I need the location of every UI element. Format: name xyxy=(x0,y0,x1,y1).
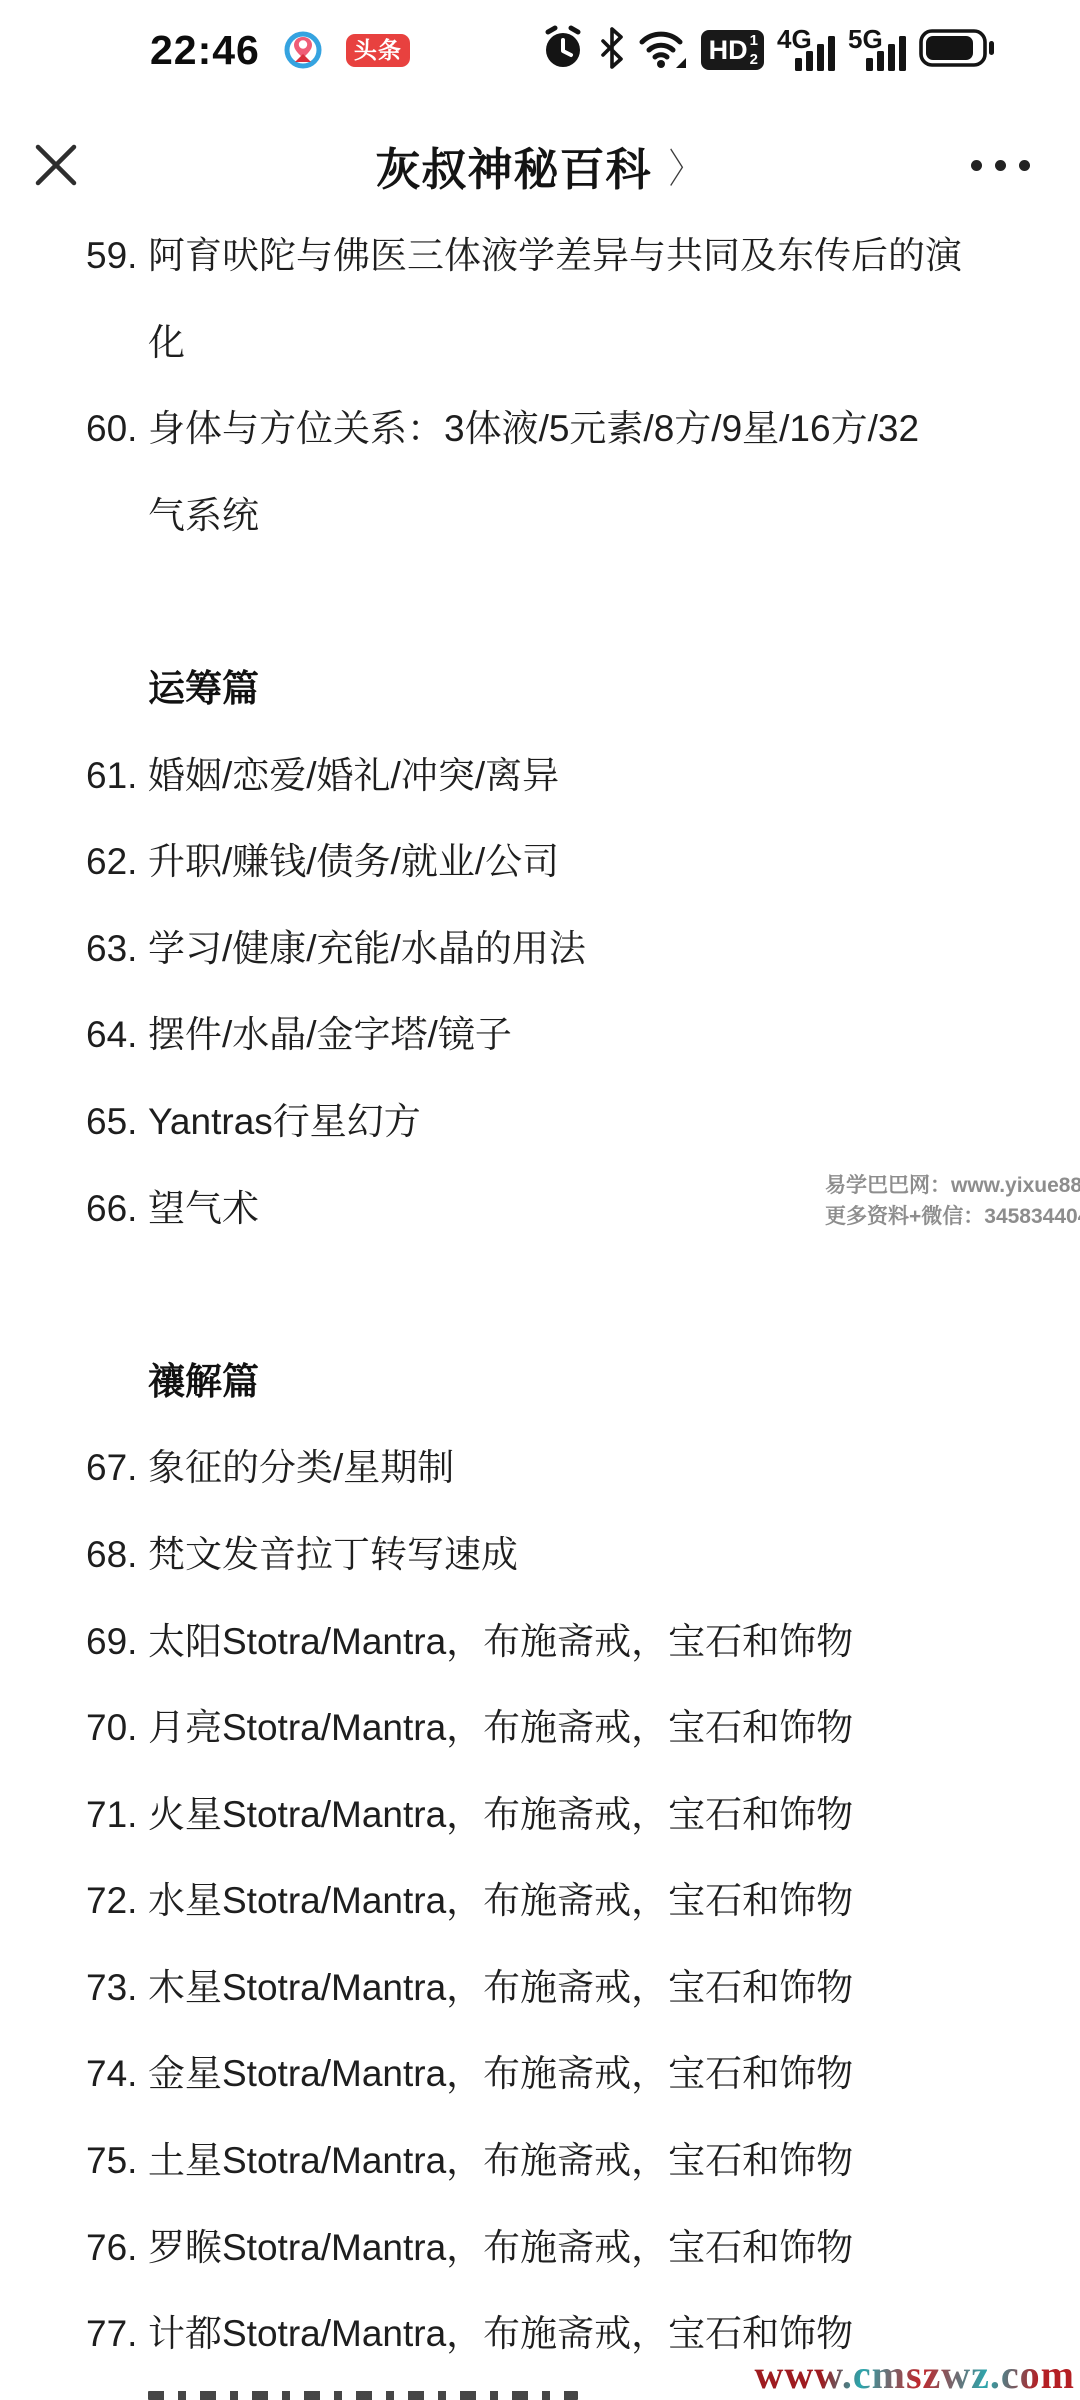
watermark-yixue: 易学巴巴网：www.yixue88.cn 更多资料+微信：3458344044 xyxy=(825,1170,1080,1232)
hd-label: HD xyxy=(709,37,748,64)
toc-item-line: 70.月亮Stotra/Mantra，布施斋戒，宝石和饰物 xyxy=(148,1685,1050,1772)
toc-item-text: 金星Stotra/Mantra，布施斋戒，宝石和饰物 xyxy=(148,2053,853,2094)
status-time: 22:46 xyxy=(150,27,260,74)
toc-item-line: 73.木星Stotra/Mantra，布施斋戒，宝石和饰物 xyxy=(148,1945,1050,2032)
toc-item-text: Yantras行星幻方 xyxy=(148,1101,421,1142)
status-bar-right: HD 12 4G 5G xyxy=(540,0,995,100)
toc-item-number: 72. xyxy=(86,1858,137,1945)
battery-icon xyxy=(919,29,995,72)
more-options-button[interactable] xyxy=(971,100,1030,230)
toc-item-line: 75.土星Stotra/Mantra，布施斋戒，宝石和饰物 xyxy=(148,2118,1050,2205)
toc-item-line: 60.身体与方位关系：3体液/5元素/8方/9星/16方/32 xyxy=(148,386,1050,473)
toc-item-text: 学习/健康/充能/水晶的用法 xyxy=(148,928,586,969)
cut-off-next-line xyxy=(148,2391,578,2400)
toc-item-line: 化 xyxy=(148,300,1050,387)
toc-blank-line xyxy=(148,559,1050,646)
hd-volte-badge: HD 12 xyxy=(701,30,764,70)
signal-5g-icon: 5G xyxy=(848,27,906,73)
toc-item-number: 65. xyxy=(86,1079,137,1166)
toc-item-number: 59. xyxy=(86,213,137,300)
toc-item-number: 70. xyxy=(86,1685,137,1772)
chevron-right-icon: 〉 xyxy=(669,137,700,194)
bluetooth-icon xyxy=(599,27,625,74)
toc-item-text: 计都Stotra/Mantra，布施斋戒，宝石和饰物 xyxy=(148,2313,853,2354)
toc-item-number: 62. xyxy=(86,819,137,906)
app-logo-icon xyxy=(282,29,324,71)
toc-section-header: 运筹篇 xyxy=(148,646,1050,733)
table-of-contents: 59.阿育吠陀与佛医三体液学差异与共同及东传后的演化60.身体与方位关系：3体液… xyxy=(148,213,1050,2378)
toc-item-line: 59.阿育吠陀与佛医三体液学差异与共同及东传后的演 xyxy=(148,213,1050,300)
status-bar: 22:46 头条 xyxy=(0,0,1080,100)
toc-item-text: 气系统 xyxy=(148,495,259,536)
watermark-yixue-line2: 更多资料+微信：3458344044 xyxy=(825,1201,1080,1232)
toutiao-badge-icon: 头条 xyxy=(346,34,410,67)
toc-item-number: 67. xyxy=(86,1425,137,1512)
hd-sim-numbers: 12 xyxy=(750,33,758,67)
toc-item-line: 64.摆件/水晶/金字塔/镜子 xyxy=(148,992,1050,1079)
toc-item-line: 气系统 xyxy=(148,473,1050,560)
toc-item-text: 火星Stotra/Mantra，布施斋戒，宝石和饰物 xyxy=(148,1794,853,1835)
toc-item-number: 74. xyxy=(86,2031,137,2118)
toc-item-line: 74.金星Stotra/Mantra，布施斋戒，宝石和饰物 xyxy=(148,2031,1050,2118)
page-title-text: 灰叔神秘百科 xyxy=(375,133,651,198)
toc-item-line: 76.罗睺Stotra/Mantra，布施斋戒，宝石和饰物 xyxy=(148,2205,1050,2292)
toc-item-number: 68. xyxy=(86,1512,137,1599)
page-title[interactable]: 灰叔神秘百科 〉 xyxy=(0,100,1080,230)
toc-item-number: 61. xyxy=(86,733,137,820)
toc-item-text: 木星Stotra/Mantra，布施斋戒，宝石和饰物 xyxy=(148,1967,853,2008)
toc-item-number: 71. xyxy=(86,1772,137,1859)
header: 灰叔神秘百科 〉 xyxy=(0,100,1080,230)
toc-item-line: 63.学习/健康/充能/水晶的用法 xyxy=(148,906,1050,993)
toc-item-number: 73. xyxy=(86,1945,137,2032)
toc-item-text: 月亮Stotra/Mantra，布施斋戒，宝石和饰物 xyxy=(148,1707,853,1748)
watermark-yixue-line1: 易学巴巴网：www.yixue88.cn xyxy=(825,1170,1080,1201)
wifi-icon xyxy=(638,26,688,75)
toc-item-line: 62.升职/赚钱/债务/就业/公司 xyxy=(148,819,1050,906)
toc-item-number: 77. xyxy=(86,2291,137,2378)
phone-screen: 22:46 头条 xyxy=(0,0,1080,2400)
toc-item-text: 象征的分类/星期制 xyxy=(148,1447,454,1488)
watermark-cmszwz: www.cmszwz.com xyxy=(754,2351,1075,2398)
toc-item-text: 阿育吠陀与佛医三体液学差异与共同及东传后的演 xyxy=(148,235,962,276)
toc-item-line: 67.象征的分类/星期制 xyxy=(148,1425,1050,1512)
toc-item-text: 罗睺Stotra/Mantra，布施斋戒，宝石和饰物 xyxy=(148,2227,853,2268)
toc-item-number: 66. xyxy=(86,1166,137,1253)
toc-item-line: 61.婚姻/恋爱/婚礼/冲突/离异 xyxy=(148,733,1050,820)
toc-item-text: 梵文发音拉丁转写速成 xyxy=(148,1534,518,1575)
signal-5g-bars xyxy=(866,36,906,71)
toc-blank-line xyxy=(148,1252,1050,1339)
toc-item-number: 64. xyxy=(86,992,137,1079)
toc-item-text: 化 xyxy=(148,322,185,363)
toc-item-line: 72.水星Stotra/Mantra，布施斋戒，宝石和饰物 xyxy=(148,1858,1050,1945)
toc-item-text: 太阳Stotra/Mantra，布施斋戒，宝石和饰物 xyxy=(148,1621,853,1662)
toc-section-header: 禳解篇 xyxy=(148,1339,1050,1426)
toc-item-line: 68.梵文发音拉丁转写速成 xyxy=(148,1512,1050,1599)
toc-item-text: 土星Stotra/Mantra，布施斋戒，宝石和饰物 xyxy=(148,2140,853,2181)
toc-item-text: 望气术 xyxy=(148,1188,259,1229)
toc-item-line: 65.Yantras行星幻方 xyxy=(148,1079,1050,1166)
toc-item-number: 76. xyxy=(86,2205,137,2292)
toc-item-text: 升职/赚钱/债务/就业/公司 xyxy=(148,841,559,882)
toc-item-text: 婚姻/恋爱/婚礼/冲突/离异 xyxy=(148,755,559,796)
toc-item-line: 71.火星Stotra/Mantra，布施斋戒，宝石和饰物 xyxy=(148,1772,1050,1859)
toc-item-text: 摆件/水晶/金字塔/镜子 xyxy=(148,1014,512,1055)
toc-item-text: 身体与方位关系：3体液/5元素/8方/9星/16方/32 xyxy=(148,408,919,449)
toc-item-number: 75. xyxy=(86,2118,137,2205)
toc-item-number: 63. xyxy=(86,906,137,993)
status-bar-left: 22:46 头条 xyxy=(150,0,410,100)
toc-item-number: 60. xyxy=(86,386,137,473)
toc-item-line: 69.太阳Stotra/Mantra，布施斋戒，宝石和饰物 xyxy=(148,1599,1050,1686)
toc-item-number: 69. xyxy=(86,1599,137,1686)
alarm-icon xyxy=(540,25,586,76)
signal-4g-bars xyxy=(795,36,835,71)
toc-item-text: 水星Stotra/Mantra，布施斋戒，宝石和饰物 xyxy=(148,1880,853,1921)
signal-4g-icon: 4G xyxy=(777,27,835,73)
